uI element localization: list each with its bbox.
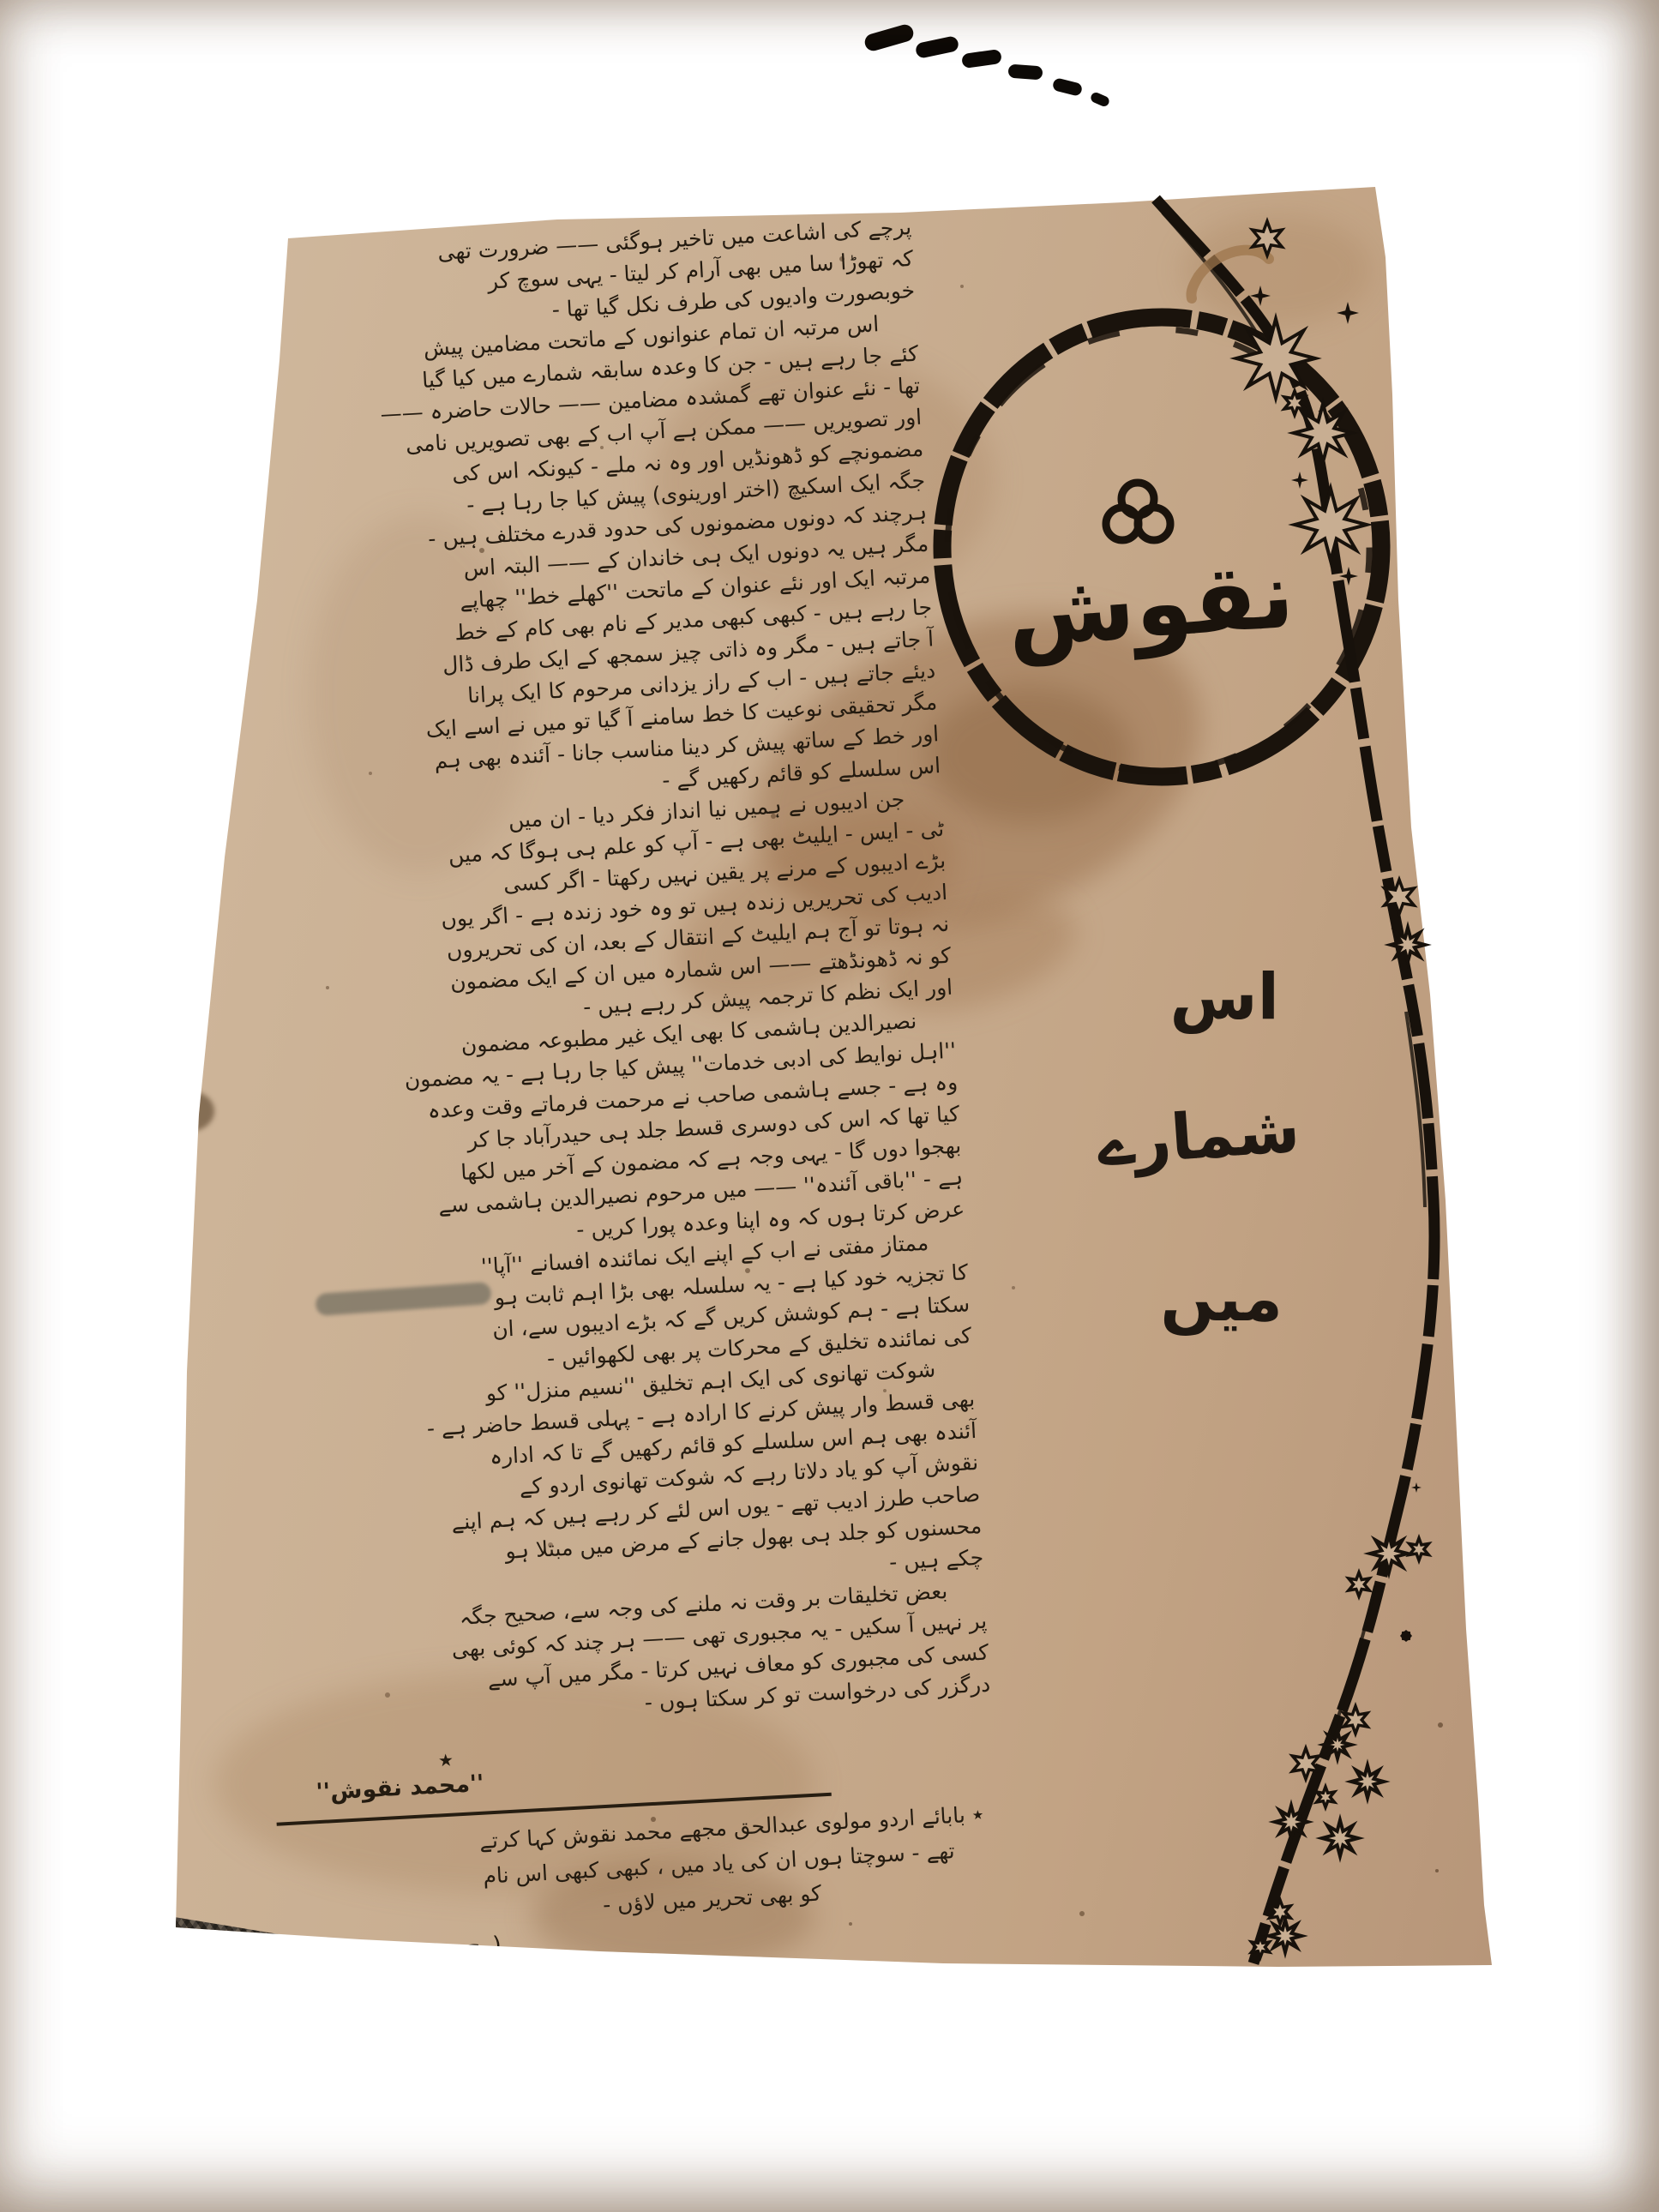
scanned-magazine-page: پرچے کی اشاعت میں تاخیر ہوگئی —— ضرورت ت… xyxy=(0,0,1659,2212)
paper-vignette xyxy=(0,0,1659,2212)
